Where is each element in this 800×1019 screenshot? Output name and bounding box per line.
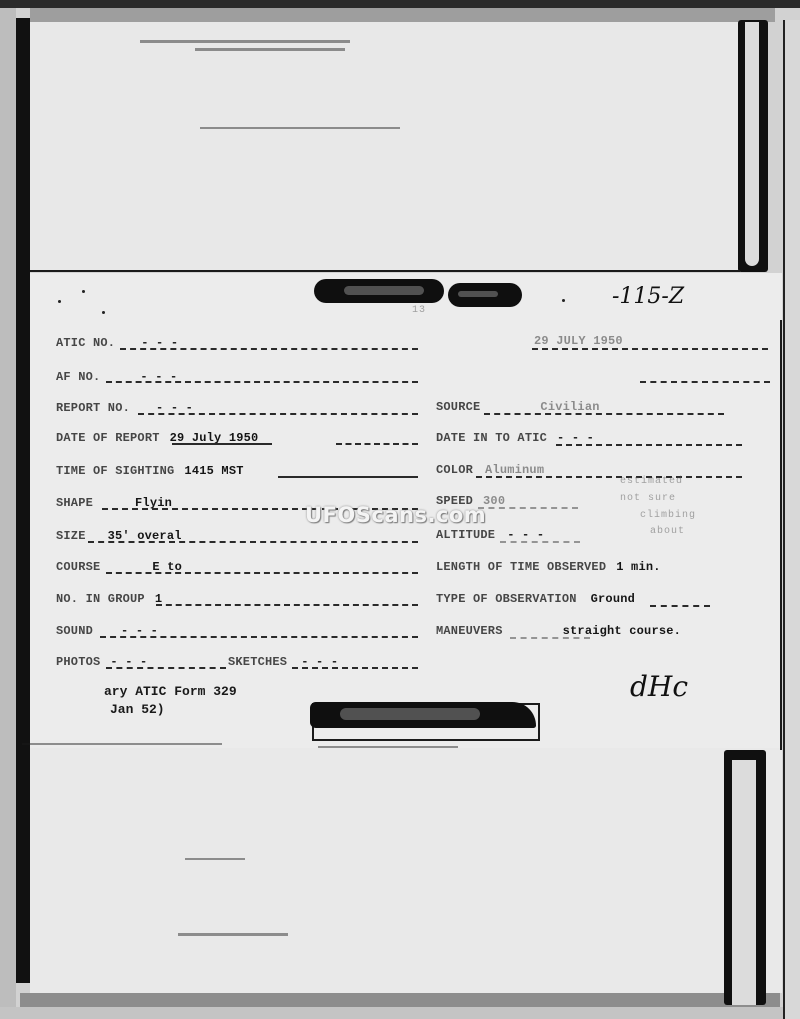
upper-residue-line — [195, 48, 345, 51]
field-location — [436, 368, 440, 382]
redaction-bottom — [310, 702, 536, 728]
field-source: SOURCECivilian — [436, 400, 600, 414]
upper-residue-line — [200, 127, 400, 129]
binder-rod-top-gap — [745, 22, 759, 266]
binding-left-bar — [16, 18, 30, 983]
field-label: TYPE OF OBSERVATION — [436, 592, 577, 606]
field-underline — [478, 507, 578, 509]
watermark-ufoscans: UFOScans.com — [305, 503, 486, 527]
scan-speck — [102, 311, 105, 314]
scan-speck — [58, 300, 61, 303]
field-length-of-time: LENGTH OF TIME OBSERVED1 min. — [436, 560, 661, 574]
field-value: Civilian — [540, 400, 599, 414]
field-value: 1 min. — [616, 560, 660, 574]
speed-note-4: about — [650, 526, 685, 537]
field-value: Ground — [591, 592, 635, 606]
field-label: AF NO. — [56, 370, 100, 384]
field-label: ALTITUDE — [436, 528, 495, 542]
field-underline — [120, 348, 418, 350]
binder-rod-bottom-gap — [732, 760, 756, 1005]
field-value: Aluminum — [485, 463, 544, 477]
scan-right-edge — [783, 20, 800, 1019]
field-value: 29 JULY 1950 — [534, 334, 623, 348]
field-label: PHOTOS — [56, 655, 100, 669]
upper-residue-line — [140, 40, 350, 43]
field-maneuvers: MANEUVERSstraight course. — [436, 624, 681, 638]
redaction-top-2 — [448, 283, 522, 307]
field-underline — [156, 604, 418, 606]
field-underline — [106, 667, 226, 669]
field-label: SKETCHES — [228, 655, 287, 669]
field-underline — [138, 413, 418, 415]
scan-speck — [82, 290, 85, 293]
form-bottom-rule — [318, 746, 458, 748]
scan-left-margin — [0, 0, 16, 1019]
paper-top-strip — [30, 8, 775, 22]
field-underline — [650, 605, 710, 607]
field-label: TIME OF SIGHTING — [56, 464, 174, 478]
scan-speck — [562, 299, 565, 302]
page-mark: 13 — [412, 305, 426, 316]
field-value: 1415 MST — [184, 464, 243, 478]
speed-note-3: climbing — [640, 510, 696, 521]
field-underline — [556, 444, 742, 446]
field-underline — [532, 348, 768, 350]
field-value: straight course. — [563, 624, 681, 638]
field-color: COLORAluminum — [436, 463, 544, 477]
form-footnote-line1: ary ATIC Form 329 — [104, 684, 237, 699]
field-altitude: ALTITUDE- - - — [436, 528, 544, 542]
field-label: COLOR — [436, 463, 473, 477]
field-underline — [172, 443, 272, 445]
field-label: REPORT NO. — [56, 401, 130, 415]
field-date-of-sighting: 29 JULY 1950 — [530, 334, 623, 348]
field-underline — [510, 637, 590, 639]
field-underline — [106, 572, 418, 574]
field-value: 300 — [483, 494, 505, 508]
scan-bottom-edge — [0, 1007, 800, 1019]
field-value: - - - — [557, 431, 594, 445]
lower-page-sheet — [30, 748, 782, 993]
field-underline — [500, 541, 580, 543]
field-underline — [336, 443, 418, 445]
lower-residue-line — [178, 933, 288, 936]
speed-note-1: estimated — [620, 476, 683, 487]
form-bottom-rule — [22, 743, 222, 745]
field-underline — [476, 476, 742, 478]
field-underline — [292, 667, 418, 669]
field-label: COURSE — [56, 560, 100, 574]
field-label: MANEUVERS — [436, 624, 503, 638]
field-label: LENGTH OF TIME OBSERVED — [436, 560, 606, 574]
form-card-right-border — [780, 320, 782, 750]
field-underline — [88, 541, 418, 543]
scan-top-edge — [0, 0, 800, 8]
form-footnote-line2: Jan 52) — [110, 702, 165, 717]
field-no-in-group: NO. IN GROUP1 — [56, 592, 162, 606]
field-type-of-observation: TYPE OF OBSERVATIONGround — [436, 592, 635, 606]
form-top-rule — [30, 270, 740, 272]
field-value: - - - — [507, 528, 544, 542]
field-underline — [278, 476, 418, 478]
field-underline — [484, 413, 724, 415]
field-date-in-to-atic: DATE IN TO ATIC- - - — [436, 431, 594, 445]
field-label: SOURCE — [436, 400, 480, 414]
handwritten-reference: -115-Z — [612, 284, 684, 309]
field-label: SOUND — [56, 624, 93, 638]
field-label: NO. IN GROUP — [56, 592, 145, 606]
field-time-of-sighting: TIME OF SIGHTING1415 MST — [56, 464, 244, 478]
redaction-top — [314, 279, 444, 303]
previous-page-sheet — [30, 22, 742, 272]
field-label: SIZE — [56, 529, 86, 543]
field-label: SHAPE — [56, 496, 93, 510]
field-label: DATE OF REPORT — [56, 431, 160, 445]
speed-note-2: not sure — [620, 493, 676, 504]
lower-residue-line — [185, 858, 245, 860]
field-label: DATE IN TO ATIC — [436, 431, 547, 445]
field-underline — [100, 636, 418, 638]
field-label: ATIC NO. — [56, 336, 115, 350]
paper-bottom-strip — [20, 993, 780, 1007]
signature-initials: dHc — [630, 670, 688, 703]
field-underline — [640, 381, 770, 383]
field-underline — [106, 381, 418, 383]
